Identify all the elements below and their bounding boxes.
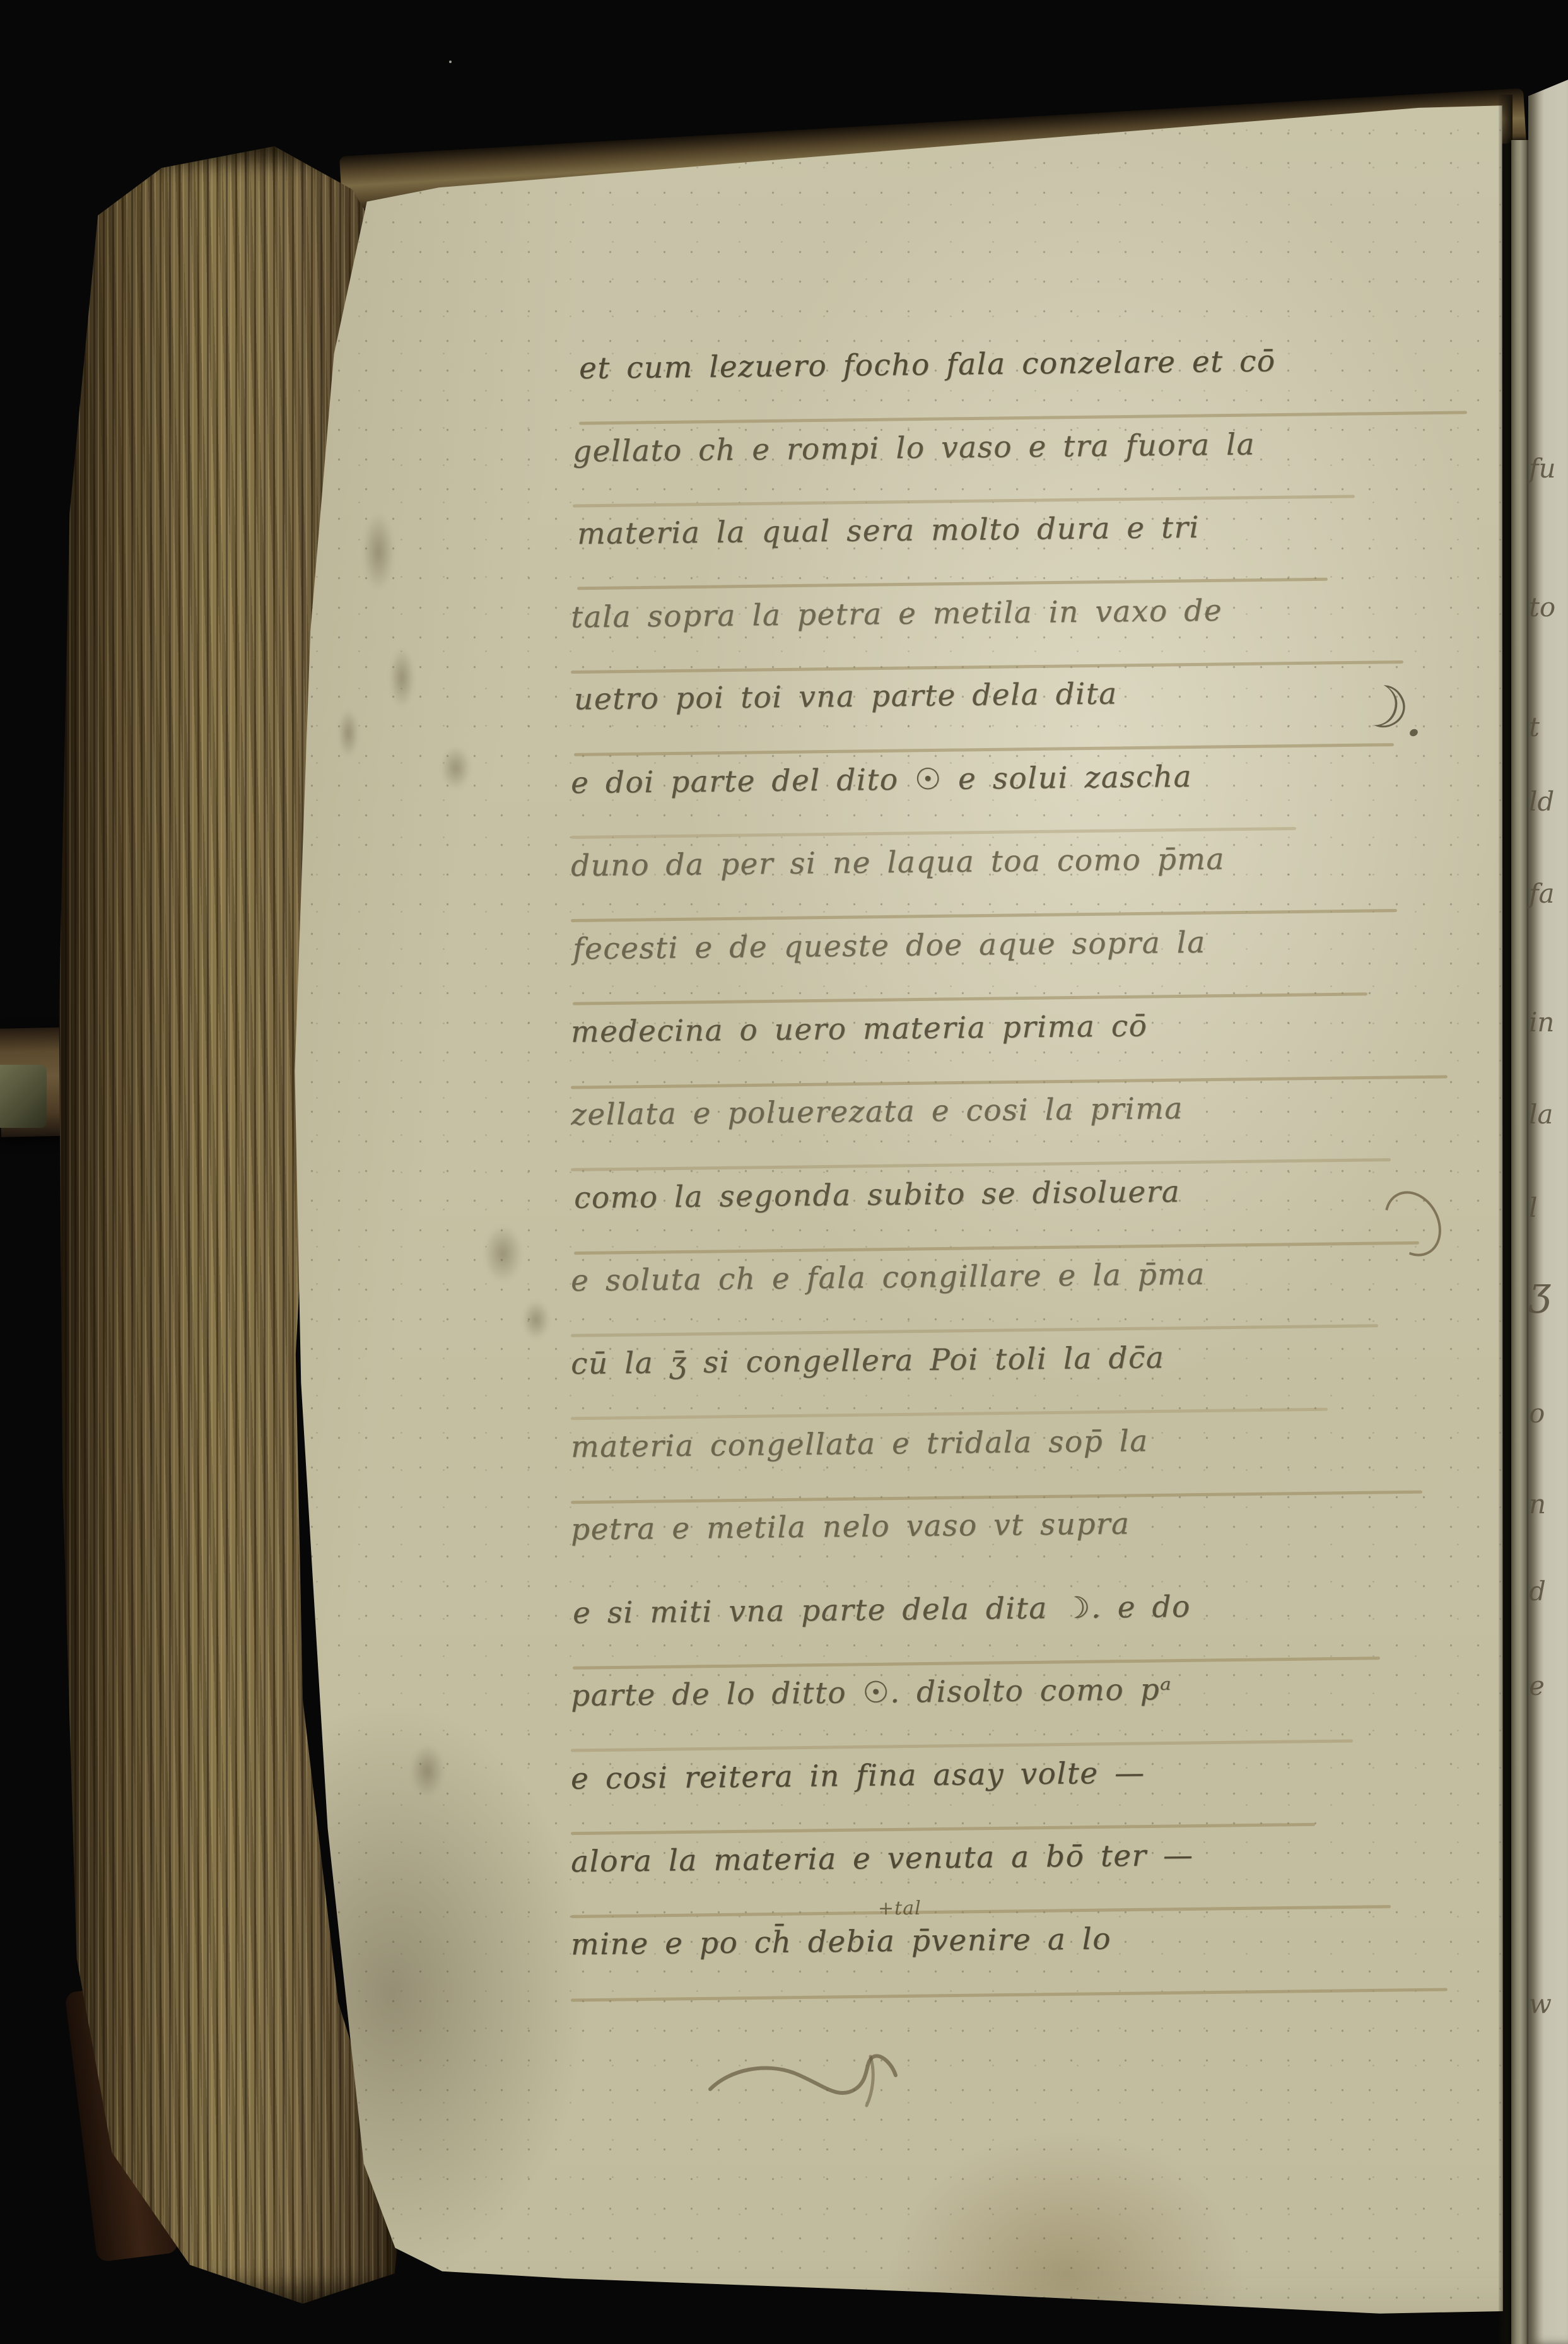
ink-smudge bbox=[356, 498, 401, 606]
scribal-underline bbox=[571, 827, 1296, 839]
scribal-underline bbox=[573, 1656, 1380, 1670]
scribal-underline bbox=[577, 578, 1328, 590]
partial-text-fragment: w bbox=[1529, 1988, 1552, 2019]
partial-text-fragment: t bbox=[1529, 712, 1540, 742]
scribal-underline bbox=[573, 992, 1367, 1005]
manuscript-line: medecina o uero materia prima cō bbox=[571, 1009, 1148, 1050]
manuscript-line: et cum lezuero focho fala conzelare et c… bbox=[579, 344, 1276, 386]
manuscript-line: materia la qual sera molto dura e tri bbox=[577, 510, 1200, 551]
partial-text-fragment: fu bbox=[1529, 453, 1556, 484]
ink-smudge bbox=[517, 1293, 555, 1347]
partial-text-fragment: ʒ bbox=[1529, 1268, 1551, 1314]
manuscript-line: materia congellata e tridala sop̄ la bbox=[571, 1424, 1149, 1465]
ink-flourish bbox=[705, 2045, 907, 2114]
manuscript-line: zellata e poluerezata e cosi la prima bbox=[571, 1091, 1183, 1132]
ink-smudge bbox=[476, 1214, 530, 1293]
partial-text-fragment: fa bbox=[1529, 878, 1555, 909]
scribal-underline bbox=[571, 1408, 1328, 1421]
manuscript-line: uetro poi toi vna parte dela dita bbox=[574, 676, 1118, 717]
scribal-underline bbox=[579, 411, 1467, 425]
page-edge-shadow-gap bbox=[1499, 95, 1512, 2344]
manuscript-line: e si miti vna parte dela dita ☽. e do bbox=[573, 1590, 1191, 1631]
scribal-underline bbox=[571, 1988, 1448, 2002]
moon-symbol: ☽. bbox=[1350, 669, 1435, 751]
manuscript-line: como la segonda subito se disoluera bbox=[574, 1175, 1181, 1216]
page-holder-strip bbox=[1511, 140, 1528, 2344]
partial-text-fragment: to bbox=[1529, 592, 1555, 623]
clasp-metal-fitting bbox=[0, 1065, 47, 1128]
manuscript-line: gellato ch e rompi lo vaso e tra fuora l… bbox=[573, 427, 1256, 469]
scribal-underline bbox=[574, 1241, 1419, 1255]
partial-text-fragment: ld bbox=[1529, 786, 1554, 817]
scribal-underline bbox=[571, 1075, 1448, 1089]
partial-text-fragment: e bbox=[1529, 1670, 1545, 1701]
manuscript-line: petra e metila nelo vaso vt supra bbox=[571, 1506, 1130, 1547]
scribal-underline bbox=[574, 743, 1394, 756]
scribal-underline bbox=[571, 1739, 1353, 1752]
manuscript-line: alora la materia e venuta a bō ter — bbox=[571, 1838, 1194, 1879]
partial-text-fragment: in bbox=[1529, 1007, 1554, 1038]
dust-speck bbox=[449, 61, 452, 63]
manuscript-line: e cosi reitera in fina asay volte — bbox=[571, 1755, 1145, 1796]
partial-text-fragment: o bbox=[1529, 1398, 1545, 1429]
manuscript-line: parte de lo ditto ☉. disolto como pᵃ bbox=[571, 1672, 1173, 1713]
scribal-underline bbox=[571, 1491, 1422, 1504]
ink-smudge bbox=[404, 1735, 451, 1807]
scribal-underline bbox=[571, 909, 1397, 922]
scribal-underline bbox=[573, 495, 1355, 507]
partial-text-fragment: l bbox=[1529, 1192, 1537, 1223]
scribal-underline bbox=[571, 1823, 1315, 1835]
scribal-underline bbox=[571, 1905, 1391, 1918]
manuscript-line: e soluta ch e fala congillare e la p̄ma bbox=[571, 1257, 1205, 1299]
scribal-underline bbox=[571, 660, 1403, 674]
partial-text-fragment: n bbox=[1529, 1489, 1546, 1520]
manuscript-photo: et cum lezuero focho fala conzelare et c… bbox=[0, 0, 1568, 2344]
ink-smudge bbox=[385, 637, 419, 719]
ink-smudge bbox=[435, 738, 476, 798]
margin-annotation-circle bbox=[1374, 1181, 1453, 1267]
ink-smudge bbox=[334, 700, 363, 766]
manuscript-line: mine e po ch̄ debia p̄venire a lo bbox=[571, 1922, 1112, 1962]
manuscript-line: duno da per si ne laqua toa como p̄ma bbox=[571, 842, 1225, 884]
partial-text-fragment: la bbox=[1529, 1099, 1553, 1130]
partial-text-fragment: d bbox=[1529, 1576, 1546, 1607]
scribal-underline bbox=[571, 1324, 1378, 1337]
manuscript-line: cū la ʒ̄ si congellera Poi toli la dc̄a bbox=[571, 1340, 1165, 1381]
scribal-underline bbox=[571, 1158, 1391, 1171]
manuscript-line: fecesti e de queste doe aque sopra la bbox=[573, 925, 1206, 967]
manuscript-line: tala sopra la petra e metila in vaxo de bbox=[571, 594, 1223, 635]
manuscript-line: e doi parte del dito ☉ e solui zascha bbox=[571, 759, 1193, 800]
interlinear-insertion: +tal bbox=[878, 1897, 921, 1919]
